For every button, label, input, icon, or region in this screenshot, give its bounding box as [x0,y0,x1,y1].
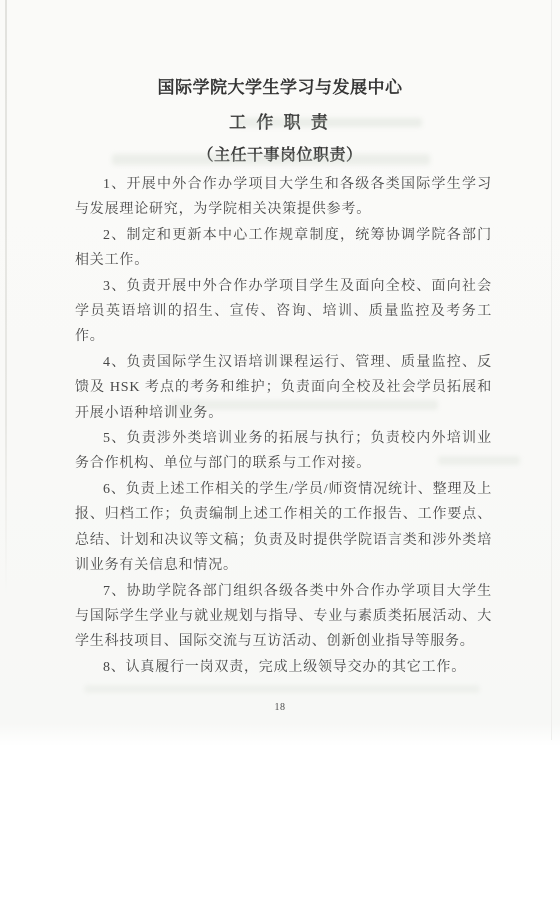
document-role-title: （主任干事岗位职责） [0,142,560,165]
duty-item-1: 1、开展中外合作办学项目大学生和各级各类国际学生学习与发展理论研究，为学院相关决… [75,172,492,223]
duty-item-5: 5、负责涉外类培训业务的拓展与执行；负责校内外培训业务合作机构、单位与部门的联系… [75,426,492,477]
scan-left-edge-shadow [5,0,7,600]
duty-item-7: 7、协助学院各部门组织各级各类中外合作办学项目大学生与国际学生学业与就业规划与指… [75,579,492,655]
document-body: 1、开展中外合作办学项目大学生和各级各类国际学生学习与发展理论研究，为学院相关决… [75,172,492,680]
scan-right-edge-shadow [551,0,552,740]
scanned-page: 国际学院大学生学习与发展中心 工 作 职 责 （主任干事岗位职责） 1、开展中外… [0,0,560,746]
scanned-document: { "doc": { "title": "国际学院大学生学习与发展中心", "s… [0,0,560,922]
document-subtitle: 工 作 职 责 [0,108,560,133]
duty-item-6: 6、负责上述工作相关的学生/学员/师资情况统计、整理及上报、归档工作；负责编制上… [75,477,492,579]
ink-bleedthrough-smudge [84,685,480,693]
duty-item-3: 3、负责开展中外合作办学项目学生及面向全校、面向社会学员英语培训的招生、宣传、咨… [75,274,492,350]
duty-item-2: 2、制定和更新本中心工作规章制度，统筹协调学院各部门相关工作。 [75,223,492,274]
document-title: 国际学院大学生学习与发展中心 [0,0,560,98]
duty-item-8: 8、认真履行一岗双责，完成上级领导交办的其它工作。 [75,655,492,680]
page-number: 18 [0,702,560,713]
duty-item-4: 4、负责国际学生汉语培训课程运行、管理、质量监控、反馈及 HSK 考点的考务和维… [75,350,492,426]
